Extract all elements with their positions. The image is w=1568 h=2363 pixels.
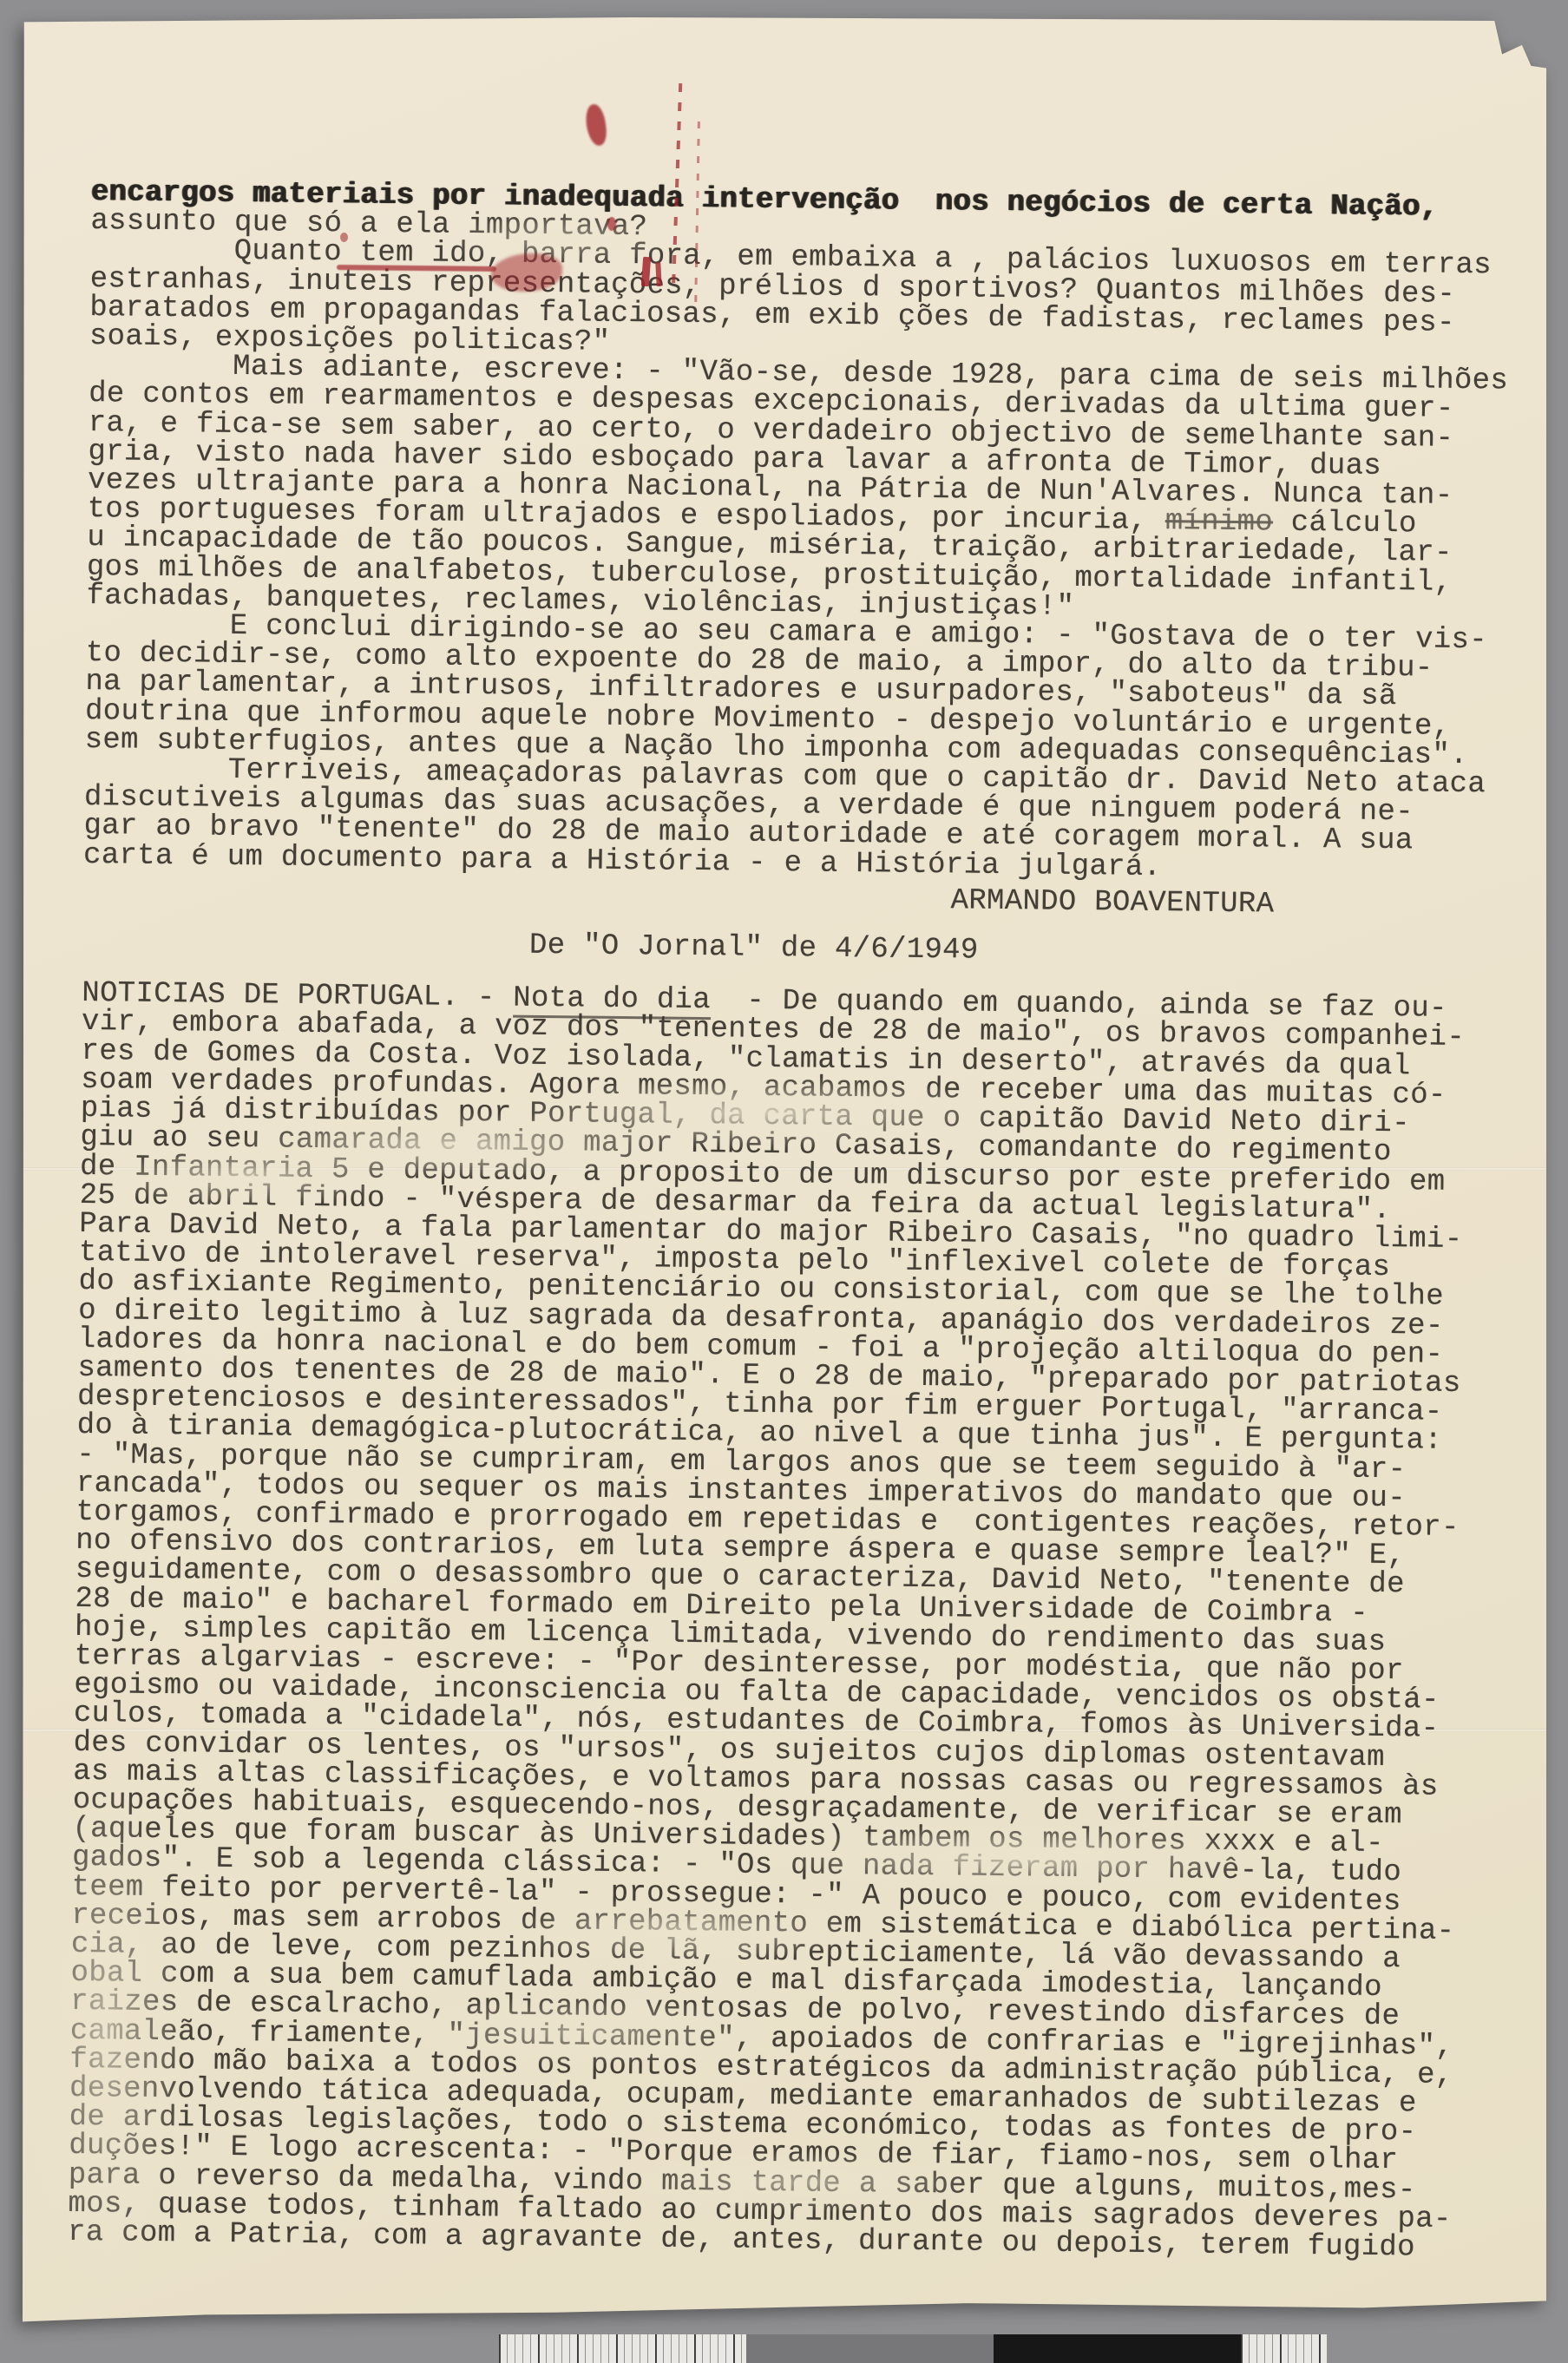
- typed-text-block: encargos materiais por inadequada interv…: [68, 179, 1523, 2264]
- paper-sheet: encargos materiais por inadequada interv…: [23, 17, 1546, 2324]
- red-ink-blob: [584, 103, 608, 148]
- paragraph-block-top-a: assunto que só a ela importava? Quanto t…: [88, 207, 1523, 512]
- photographic-scale-bar: [499, 2334, 1328, 2363]
- scan-photo-background: { "page": { "background_color": "#8f8f91…: [0, 0, 1568, 2363]
- paper-surface: encargos materiais por inadequada interv…: [23, 17, 1546, 2324]
- scale-segment-black: [994, 2334, 1241, 2363]
- scale-segment-gray: [746, 2334, 994, 2363]
- source-line: De "O Jornal" de 4/6/1949: [82, 927, 1514, 972]
- scale-segment-white-ruler: [1241, 2334, 1328, 2363]
- paragraph-block-bottom: vir, embora abafada, a voz dos "tenentes…: [68, 1008, 1513, 2263]
- paragraph-block-top-b: u incapacidade de tão poucos. Sangue, mi…: [83, 524, 1519, 886]
- struck-word: mínimo: [1165, 505, 1274, 539]
- scale-segment-white-ruler: [499, 2334, 746, 2363]
